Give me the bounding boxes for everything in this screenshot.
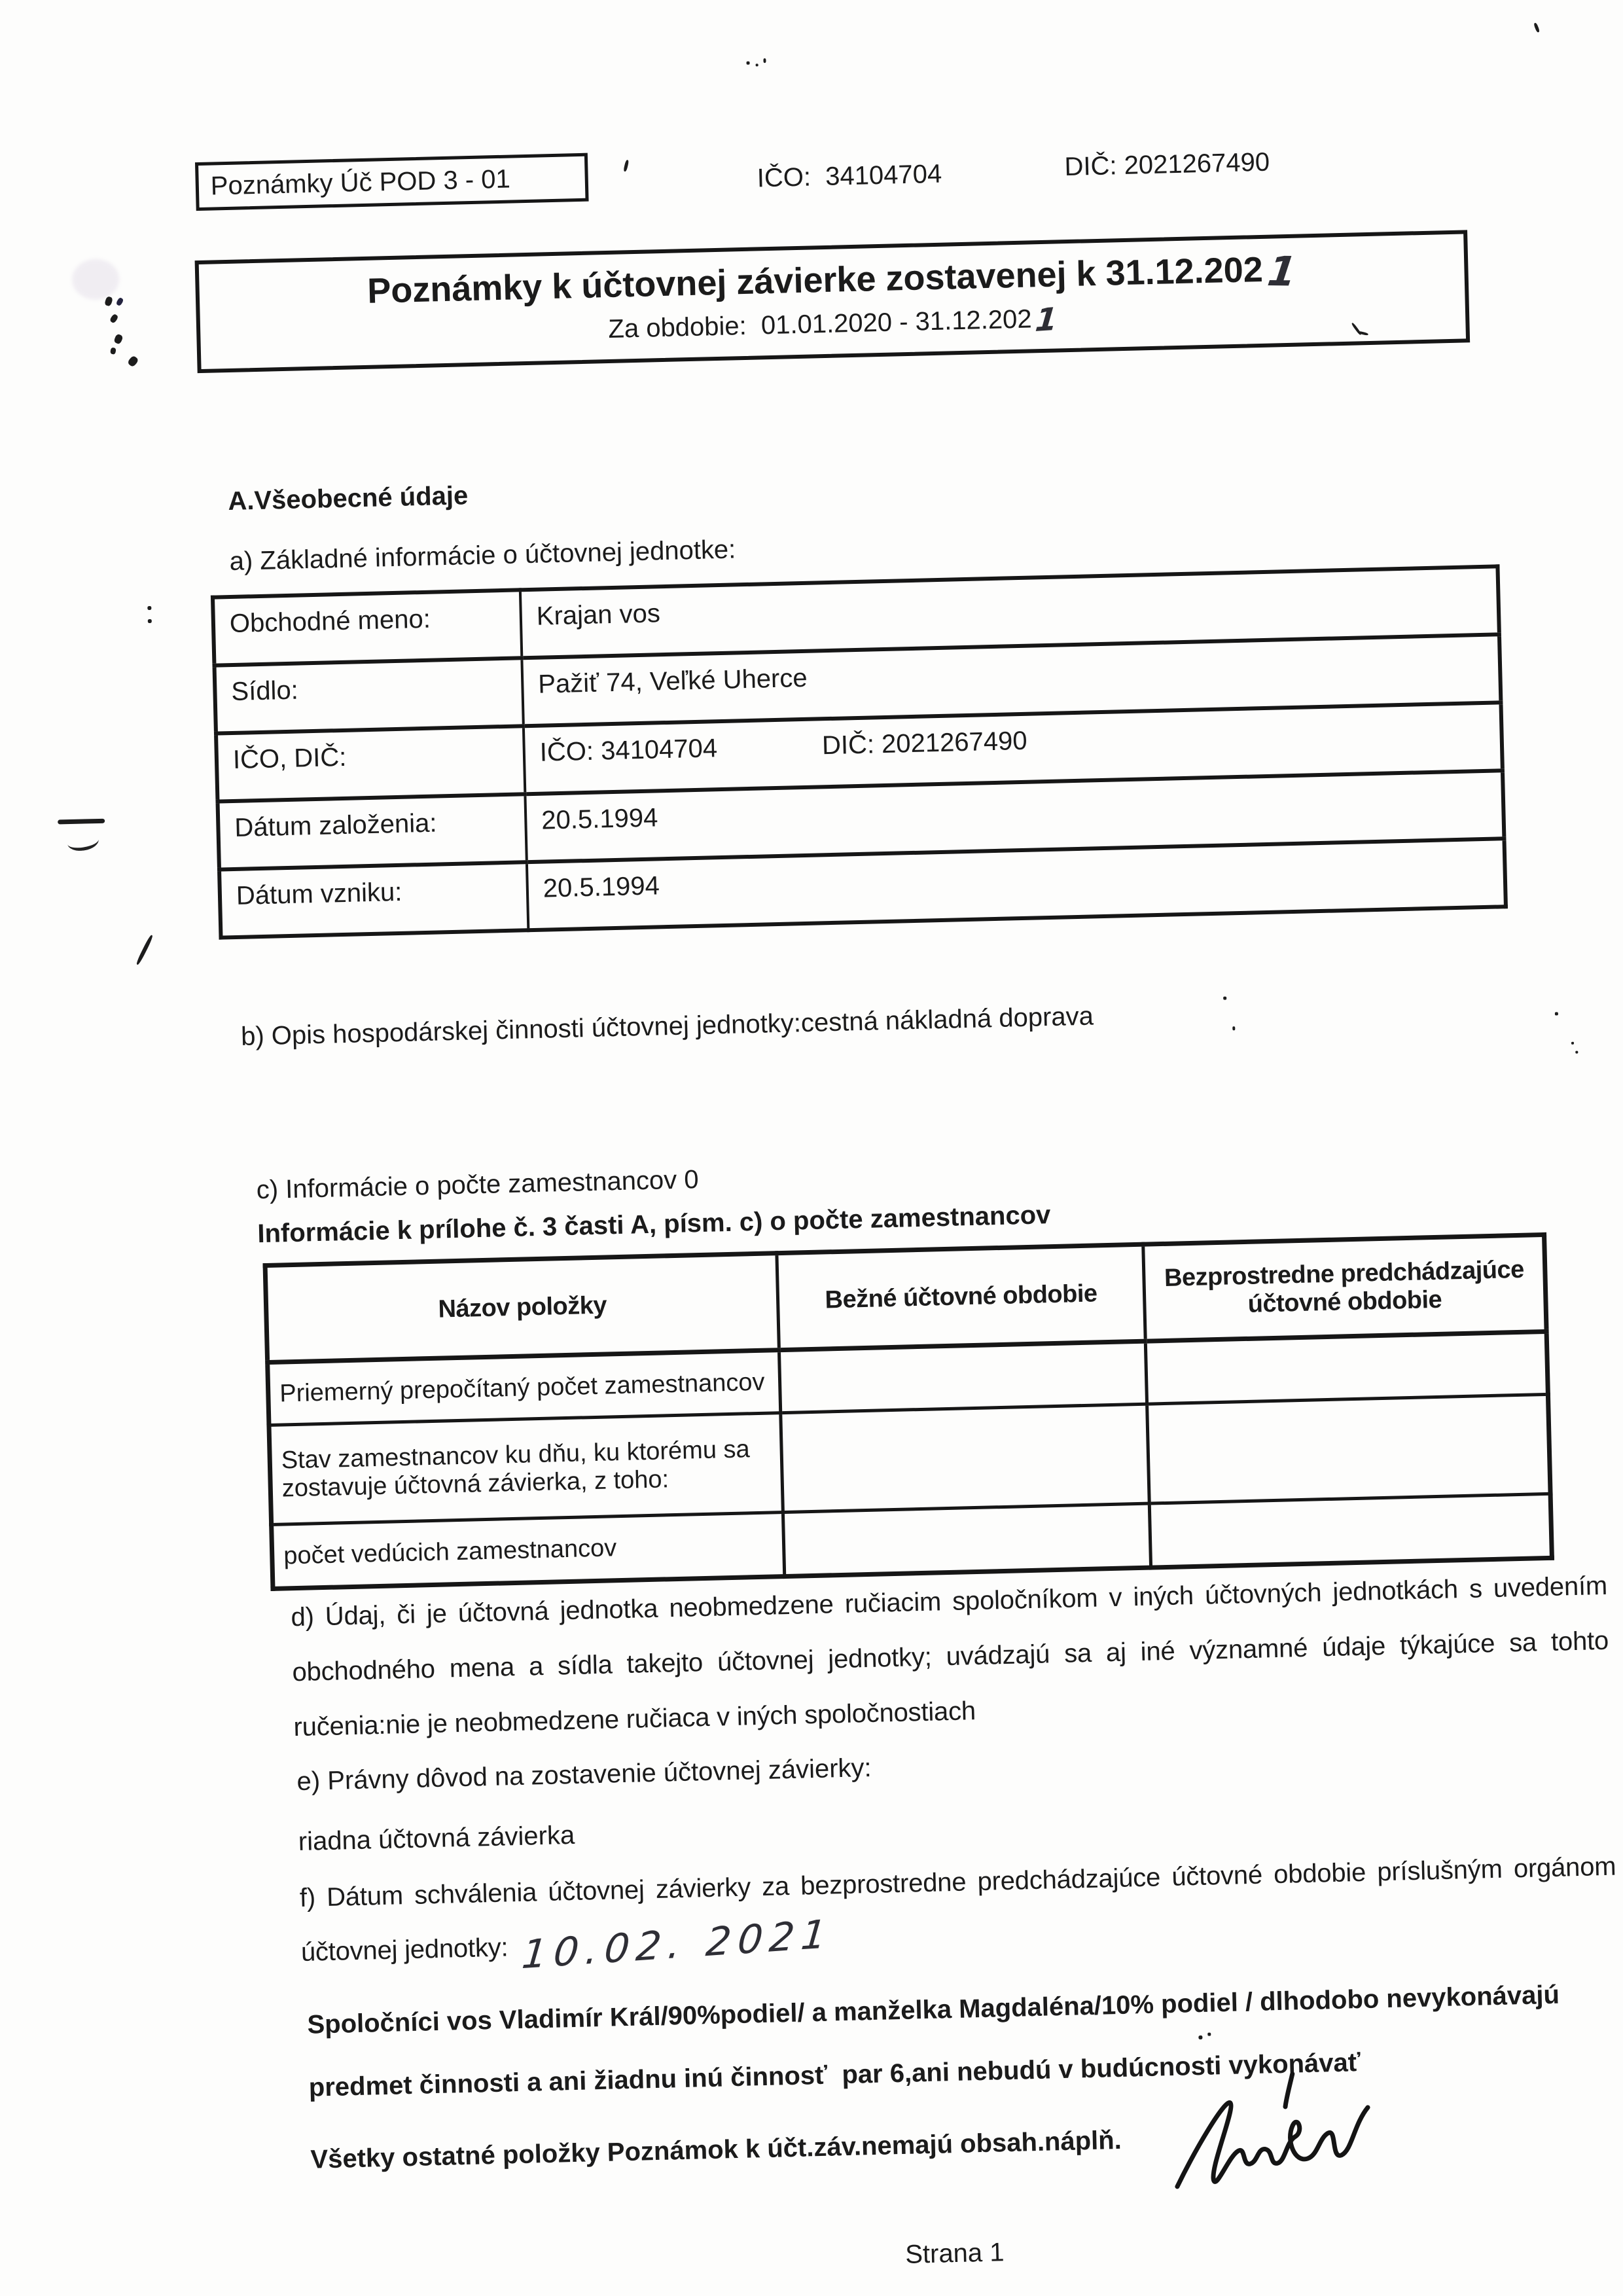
item-d-paragraph: d) Údaj, či je účtovná jednotka neobmedz… <box>291 1558 1611 1755</box>
dic-field: DIČ: 2021267490 <box>1064 146 1270 184</box>
title-box: Poznámky k účtovnej závierke zostavenej … <box>195 230 1471 373</box>
scan-artifact <box>116 297 124 306</box>
info-label-ico-dic: IČO, DIČ: <box>216 726 525 801</box>
emp-row3-previous <box>1149 1494 1552 1568</box>
info-label-datum-zalozenia: Dátum založenia: <box>218 794 527 869</box>
page-number: Strana 1 <box>905 2238 1005 2270</box>
scan-artifact <box>147 606 151 610</box>
ico-value: 34104704 <box>825 160 942 191</box>
period-label: Za obdobie: <box>608 312 747 344</box>
signature <box>1156 2066 1396 2229</box>
item-a-line: a) Základné informácie o účtovnej jednot… <box>229 533 736 578</box>
info-value-dic: DIČ: 2021267490 <box>821 726 1027 761</box>
scan-artifact <box>58 819 105 825</box>
scan-artifact <box>1198 2036 1202 2039</box>
item-e-line: e) Právny dôvod na zostavenie účtovnej z… <box>296 1751 872 1798</box>
dic-label: DIČ: <box>1064 151 1117 181</box>
scan-artifact <box>1571 1042 1574 1045</box>
info-value-ico: IČO: 34104704 <box>539 734 717 767</box>
emp-row3-current <box>783 1503 1150 1576</box>
info-label-obchodne-meno: Obchodné meno: <box>213 590 522 665</box>
handwritten-period-digit: 1 <box>1035 319 1058 321</box>
scan-artifact <box>113 333 124 344</box>
emp-row1-label: Priemerný prepočítaný počet zamestnancov <box>268 1350 781 1426</box>
emp-row2-label: Stav zamestnancov ku dňu, ku ktorému sa … <box>269 1413 783 1525</box>
scan-artifact <box>756 63 758 66</box>
entity-info-table: Obchodné meno: Krajan vos Sídlo: Pažiť 7… <box>211 564 1508 939</box>
scanned-document-page: Poznámky Úč POD 3 - 01 IČO: 34104704 DIČ… <box>0 0 1623 2296</box>
info-label-sidlo: Sídlo: <box>214 658 523 733</box>
scan-artifact <box>127 355 139 367</box>
scan-artifact <box>1223 997 1226 1000</box>
employees-table: Názov položky Bežné účtovné obdobie Bezp… <box>263 1232 1554 1591</box>
scan-artifact <box>109 314 119 324</box>
scan-artifact <box>747 62 750 65</box>
item-c-line: c) Informácie o počte zamestnancov 0 <box>256 1163 699 1206</box>
emp-row3-label: počet vedúcich zamestnancov <box>272 1513 785 1589</box>
ico-label: IČO: <box>757 162 811 192</box>
note-partners: Spoločníci vos Vladimír Král/90%podiel/ … <box>307 1979 1560 2041</box>
emp-row1-previous <box>1145 1331 1548 1404</box>
scan-artifact <box>1533 22 1540 33</box>
scan-artifact <box>66 831 100 853</box>
item-b-line: b) Opis hospodárskej činnosti účtovnej j… <box>241 999 1094 1052</box>
scan-artifact <box>110 348 116 355</box>
form-code: Poznámky Úč POD 3 - 01 <box>210 164 510 201</box>
handwritten-approval-date: 10.02. 2021 <box>522 1935 832 1956</box>
emp-row1-current <box>779 1341 1147 1412</box>
item-e-answer: riadna účtovná závierka <box>298 1819 575 1858</box>
note-remaining: Všetky ostatné položky Poznámok k účt.zá… <box>310 2124 1122 2176</box>
col-header-nazov-polozky: Názov položky <box>265 1253 779 1363</box>
scan-artifact <box>623 160 629 172</box>
section-a-heading: A.Všeobecné údaje <box>228 479 469 518</box>
scan-artifact <box>1575 1051 1578 1054</box>
ico-field: IČO: 34104704 <box>757 158 942 195</box>
employees-table-heading: Informácie k prílohe č. 3 časti A, písm.… <box>257 1198 1051 1250</box>
scan-artifact <box>1207 2033 1211 2036</box>
scan-artifact <box>1555 1012 1558 1015</box>
col-header-predchadzajuce-obdobie: Bezprostredne predchádzajúce účtovné obd… <box>1143 1234 1546 1341</box>
scan-artifact <box>135 935 154 965</box>
scan-artifact <box>148 619 152 623</box>
scan-artifact <box>1232 1026 1235 1030</box>
info-label-datum-vzniku: Dátum vzniku: <box>219 862 528 937</box>
scan-artifact <box>71 259 119 300</box>
col-header-bezne-obdobie: Bežné účtovné obdobie <box>777 1244 1145 1350</box>
item-f-text: f) Dátum schválenia účtovnej závierky za… <box>299 1852 1616 1967</box>
item-f-paragraph: f) Dátum schválenia účtovnej závierky za… <box>299 1840 1618 1980</box>
scan-artifact <box>763 58 766 63</box>
period-value: 01.01.2020 - 31.12.202 <box>760 304 1032 340</box>
document-content: Poznámky Úč POD 3 - 01 IČO: 34104704 DIČ… <box>0 0 1623 2296</box>
emp-row2-previous <box>1147 1394 1550 1503</box>
form-code-box: Poznámky Úč POD 3 - 01 <box>195 153 589 211</box>
emp-row2-current <box>781 1404 1149 1512</box>
dic-value: 2021267490 <box>1124 148 1270 180</box>
